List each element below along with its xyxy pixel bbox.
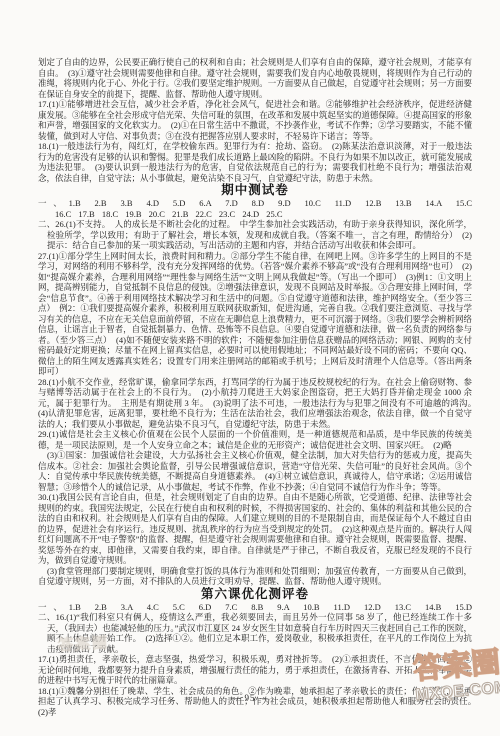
answer-paragraph: 划定了自由的边界，公民要正确行使自己的权利和自由；社会规则是人们享有自由的保障，…: [38, 57, 472, 99]
answer-paragraph: 18.(1)一般违法行为有，闯红灯，在学校偷东西。犯罪行为有：抢劫、盗窃。 (2…: [38, 141, 472, 183]
answer-paragraph: 17.(1)①能够增进社会互信，减少社会矛盾，净化社会风气，促进社会和谐。②能够…: [38, 99, 472, 141]
faint-watermark: 答案圈: [57, 632, 109, 656]
answer-sheet-page: 划定了自由的边界，公民要正确行使自己的权利和自由；社会规则是人们享有自由的保障，…: [0, 0, 500, 736]
choice-answers-row: 16.C 17.B 18.C 19.B 20.C 21.B 22.C 23.C …: [38, 209, 472, 220]
watermark: 答案圈 MXQE.COM: [412, 647, 500, 705]
answer-paragraph: 29.(1)诚信是社会主义核心价值观在公民个人层面的一个价值准则，是一种道德规范…: [38, 429, 472, 450]
answer-paragraph: 30.(1)我国公民有言论自由，但是，社会规则划定了自由的边界。自由不是随心所欲…: [38, 492, 472, 566]
choice-answers-row: 一、1.B 2.B 3.B 4.D 5.D 6.A 7.D 8.D 9.D 10…: [38, 198, 472, 209]
answer-paragraph: 二、26.(1)不支持。 人的成长是不断社会化的过程。 中学生参加社会实践活动，…: [38, 219, 472, 251]
brand-watermark-text: 答案圈: [412, 647, 500, 685]
answer-paragraph: 28.(1)小航不交作业，经常旷课，偷拿同学东西，打骂同学的行为属于违反校规校纪…: [38, 377, 472, 430]
section-header: 期中测试卷: [38, 183, 472, 198]
choice-answers-row: 一、1.B 2.B 3.A 4.C 5.C 6.D 7.C 8.B 9.A 10…: [38, 602, 472, 613]
answer-paragraph: (3)①国家：加强诚信社会建设，大力弘扬社会主义核心价值观，健全法制，加大对失信…: [38, 450, 472, 492]
answer-paragraph: 27.(1)①部分学生上网时间太长，浪费时间和精力。②部分学生不能自律，在网吧上…: [38, 251, 472, 377]
answer-paragraph: (3)食堂管理部门要制定规则，明确食堂打饭的具体行为准则和处罚细则；加强宣传教育…: [38, 566, 472, 587]
answer-paragraph: 17.(1)勇担责任，孝亲敬长，意志坚强，热爱学习，积极乐观，勇对挫折等。 (2…: [38, 654, 472, 686]
content-flow: 划定了自由的边界，公民要正确行使自己的权利和自由；社会规则是人们享有自由的保障，…: [38, 57, 472, 717]
section-header: 第六课优化测评卷: [38, 587, 472, 602]
